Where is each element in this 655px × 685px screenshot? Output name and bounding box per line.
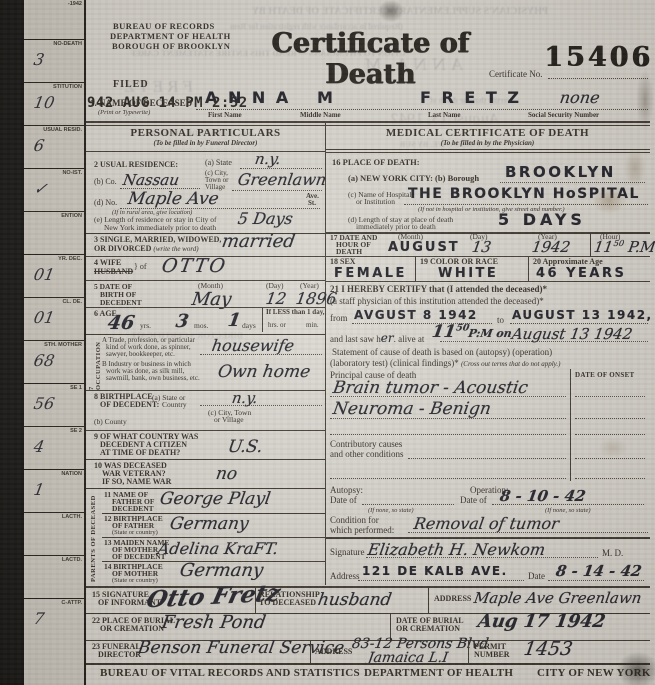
permit-number-label: NUMBER bbox=[474, 651, 510, 660]
rule bbox=[325, 281, 650, 282]
margin-box-label: USUAL RESID. bbox=[43, 127, 82, 133]
borough-line bbox=[500, 182, 645, 183]
occupation-vertical-label: 7 OCCUPATION bbox=[88, 338, 102, 390]
margin-box: STH. MOTHER68 bbox=[24, 341, 84, 384]
physician-address-value: 121 DE KALB AVE. bbox=[362, 564, 508, 578]
veteran-label: IF SO, NAME WAR bbox=[102, 478, 171, 487]
county-label: (b) Co. bbox=[94, 178, 117, 187]
citizen-value: U.S. bbox=[226, 437, 264, 457]
personal-particulars-subheader: (To be filled in by Funeral Director) bbox=[86, 140, 325, 148]
if-none-note: (If none, so state) bbox=[368, 507, 414, 514]
footer-city: CITY OF NEW YORK bbox=[537, 668, 651, 680]
contrib-line bbox=[408, 458, 566, 459]
margin-box-value: 01 bbox=[32, 308, 56, 327]
rule bbox=[325, 149, 650, 150]
margin-box-label: NO-IST. bbox=[62, 170, 82, 176]
margin-box: USUAL RESID.6 bbox=[24, 126, 84, 169]
place-of-death-label: 16 PLACE OF DEATH: bbox=[332, 158, 420, 167]
certificate-no-line bbox=[548, 78, 648, 79]
margin-box: SE 156 bbox=[24, 384, 84, 427]
cause-line bbox=[330, 418, 566, 419]
rule bbox=[86, 663, 650, 665]
hospital-line bbox=[404, 204, 648, 205]
margin-box-value: 01 bbox=[32, 265, 56, 284]
trade-value: housewife bbox=[210, 336, 295, 355]
filed-label: FILED bbox=[113, 80, 149, 91]
relationship-label: TO DECEASED bbox=[259, 599, 316, 608]
margin-box-label: C-ATTP. bbox=[61, 600, 82, 606]
onset-line bbox=[575, 458, 645, 459]
margin-box: LACTD. bbox=[24, 556, 84, 599]
county-value: Nassau bbox=[122, 171, 181, 189]
state-line bbox=[240, 168, 322, 169]
margin-box-value: ✓ bbox=[32, 179, 49, 198]
margin-box: NATION1 bbox=[24, 470, 84, 513]
attended-from-value: AVGUST 8 1942 bbox=[354, 308, 478, 322]
length-stay-value: 5 DAYS bbox=[498, 210, 586, 229]
age-days-value: 1 bbox=[226, 310, 242, 331]
margin-box-label: -1942 bbox=[68, 1, 82, 7]
burial-date-label: OR CREMATION bbox=[396, 625, 460, 634]
margin-box-label: LACTH. bbox=[62, 514, 82, 520]
rule bbox=[428, 586, 429, 613]
margin-box: SE 24 bbox=[24, 427, 84, 470]
principal-cause-line2: Neuroma - Benign bbox=[331, 399, 492, 419]
onset-line bbox=[575, 478, 645, 479]
margin-box-value: 4 bbox=[32, 437, 46, 456]
last-saw-hour: 1150P:M on bbox=[430, 322, 513, 342]
statement-line1: Statement of cause of death is based on … bbox=[332, 348, 552, 358]
margin-box-label: SE 1 bbox=[70, 385, 82, 391]
birthplace-line bbox=[200, 405, 322, 406]
margin-box-value: 68 bbox=[32, 351, 56, 370]
margin-box: YR. DEC.01 bbox=[24, 255, 84, 298]
father-name-label: DECEDENT bbox=[112, 505, 154, 513]
name-of-deceased-label: 1. NAME OF DECEASED bbox=[90, 99, 192, 109]
industry-value: Own home bbox=[216, 362, 311, 382]
husband-label-struck: HUSBAND bbox=[94, 268, 133, 277]
street-no-label: (d) No. bbox=[94, 199, 117, 208]
color-race-value: WHITE bbox=[438, 266, 498, 281]
margin-box-value: 1 bbox=[32, 480, 46, 499]
condition-value: Removal of tumor bbox=[412, 514, 560, 533]
column-divider bbox=[325, 121, 326, 585]
statistical-coding-margin: -1942 NO-DEATH3 STITUTION10 USUAL RESID.… bbox=[24, 0, 86, 685]
mother-birthplace-note: (State or country) bbox=[112, 577, 158, 584]
margin-box: ENTION bbox=[24, 212, 84, 255]
mother-birthplace-value: Germany bbox=[178, 560, 265, 581]
if-less-label: If LESS than 1 day, bbox=[266, 309, 325, 317]
last-saw-line bbox=[440, 341, 648, 342]
dob-label: DECEDENT bbox=[100, 299, 142, 307]
if-none-note: (If none, so state) bbox=[545, 507, 591, 514]
hrs-label: hrs. or bbox=[268, 322, 286, 330]
state-label: (a) State bbox=[205, 159, 232, 168]
physician-signature-value: Elizabeth H. Newkom bbox=[366, 540, 546, 559]
certify-line2: (a staff physician of this institution a… bbox=[330, 297, 544, 307]
trade-line bbox=[200, 354, 322, 355]
usual-residence-label: 2 USUAL RESIDENCE: bbox=[94, 161, 178, 170]
trade-label: sawyer, bookkeeper, etc. bbox=[106, 351, 175, 359]
print-or-typewrite-note: (Print or Typewrite) bbox=[98, 109, 150, 116]
length-stay-label: immediately prior to death bbox=[356, 223, 436, 231]
state-value: n.y. bbox=[254, 150, 283, 168]
bureau-line-1: BUREAU OF RECORDS bbox=[113, 22, 215, 31]
st-label: St. bbox=[308, 200, 316, 208]
onset-line bbox=[575, 418, 645, 419]
city-town-village-label: or Village bbox=[214, 416, 244, 424]
from-label: from bbox=[330, 314, 348, 324]
physician-date-value: 8 - 14 - 42 bbox=[555, 562, 643, 580]
margin-box: CL. DE.01 bbox=[24, 298, 84, 341]
street-value: Maple Ave bbox=[126, 189, 220, 209]
cause-line bbox=[330, 396, 566, 397]
hospital-value: THE BROOKLYN HoSPITAL bbox=[408, 186, 640, 202]
length-residence-value: 5 Days bbox=[236, 209, 294, 228]
last-saw-text: and last saw her. alive at bbox=[330, 332, 424, 345]
death-year-value: 1942 bbox=[531, 238, 572, 256]
margin-box-label: LACTD. bbox=[62, 557, 82, 563]
stain bbox=[598, 438, 628, 458]
margin-box-value: 10 bbox=[32, 93, 56, 112]
spouse-name-value: OTTO bbox=[160, 255, 228, 277]
nyc-borough-label: (a) NEW YORK CITY: (b) Borough bbox=[348, 174, 479, 183]
city-value: Greenlawn bbox=[236, 170, 327, 189]
age-years-value: 46 bbox=[106, 312, 136, 334]
margin-box-label: STITUTION bbox=[53, 84, 82, 90]
rule bbox=[86, 151, 325, 152]
attended-to-value: AUGUST 13 1942, bbox=[512, 308, 653, 322]
margin-box-value: 56 bbox=[32, 394, 56, 413]
address-label: Address bbox=[330, 572, 360, 582]
state-or-country-label: Country bbox=[162, 401, 187, 409]
parents-vertical-label: PARENTS OF DECEASED bbox=[90, 492, 97, 582]
name-line bbox=[196, 109, 648, 110]
margin-box-label: ENTION bbox=[61, 213, 82, 219]
md-label: M. D. bbox=[602, 549, 623, 559]
medical-certificate-subheader: (To be filled in by the Physician) bbox=[325, 140, 650, 148]
footer-bureau: BUREAU OF VITAL RECORDS AND STATISTICS bbox=[100, 668, 360, 680]
margin-box-value: 7 bbox=[32, 609, 46, 628]
margin-box-label: NATION bbox=[61, 471, 82, 477]
first-name-label: First Name bbox=[208, 112, 242, 120]
ssn-label: Social Security Number bbox=[528, 112, 599, 120]
margin-box: C-ATTP.7 bbox=[24, 599, 84, 642]
certificate-no-label: Certificate No. bbox=[489, 70, 542, 80]
first-name-value: A N N A bbox=[205, 88, 291, 107]
statement-line2: (laboratory test) (clinical findings)* bbox=[330, 358, 459, 368]
of-label: } of bbox=[134, 263, 147, 272]
age-months-value: 3 bbox=[174, 311, 190, 332]
rule bbox=[468, 640, 469, 663]
birthplace-value: n.y. bbox=[231, 389, 260, 407]
sex-value: FEMALE bbox=[334, 266, 407, 281]
funeral-address-label: ADDRESS bbox=[315, 648, 352, 657]
death-hour-value: 1150 P.M. bbox=[593, 238, 655, 256]
funeral-director-label: DIRECTOR bbox=[98, 651, 141, 660]
county-label: (b) County bbox=[94, 418, 127, 426]
last-name-label: Last Name bbox=[428, 112, 460, 120]
city-line bbox=[232, 190, 322, 191]
write-the-word-note: (write the word) bbox=[153, 245, 198, 253]
principal-cause-line1: Brain tumor - Acoustic bbox=[331, 378, 529, 398]
date-of-onset-label: DATE OF ONSET bbox=[575, 372, 635, 380]
margin-box: NO-IST.✓ bbox=[24, 169, 84, 212]
rule bbox=[570, 369, 571, 481]
address-line bbox=[358, 580, 524, 581]
margin-box-label: CL. DE. bbox=[62, 299, 82, 305]
hospital-label: or Institution bbox=[356, 198, 395, 206]
rule bbox=[528, 256, 529, 281]
ssn-value: none bbox=[558, 88, 601, 107]
margin-box: -1942 bbox=[24, 0, 84, 40]
death-day-value: 13 bbox=[471, 238, 493, 256]
certify-line1: 21 I HEREBY CERTIFY that (I attended the… bbox=[330, 285, 547, 295]
certificate-title: Certificate of Death bbox=[240, 28, 500, 90]
signature-label: Signature bbox=[330, 548, 365, 558]
informant-address-value: Maple Ave Greenlawn bbox=[473, 589, 643, 607]
days-label: days bbox=[242, 322, 256, 330]
last-saw-er: er bbox=[381, 331, 394, 345]
operation-date-value: 8 - 10 - 42 bbox=[499, 487, 587, 505]
rule bbox=[255, 586, 256, 613]
death-month-value: AUGUST bbox=[388, 240, 460, 255]
autopsy-date-line bbox=[362, 504, 454, 505]
bureau-line-2: DEPARTMENT OF HEALTH bbox=[110, 32, 231, 41]
relationship-value: husband bbox=[316, 590, 393, 610]
date-line bbox=[548, 580, 644, 581]
death-certificate-page: PHYSICIAN'S SUPPLEMENTARY CERTIFICATE OF… bbox=[0, 0, 655, 685]
industry-label: sawmill, bank, own business, etc. bbox=[106, 375, 200, 383]
bureau-line-3: BOROUGH OF BROOKLYN bbox=[112, 42, 230, 51]
approx-age-value: 46 YEARS bbox=[536, 266, 626, 281]
condition-label: which performed: bbox=[330, 526, 394, 536]
birthplace-label: OF DECEDENT: bbox=[100, 401, 159, 410]
dob-day-value: 12 bbox=[264, 289, 287, 308]
middle-name-value: M bbox=[317, 88, 335, 107]
contributory-label: and other conditions bbox=[330, 450, 404, 460]
margin-box-label: SE 2 bbox=[70, 428, 82, 434]
informant-address-label: ADDRESS bbox=[434, 595, 471, 604]
cause-line bbox=[330, 434, 566, 435]
burial-date-value: Aug 17 1942 bbox=[476, 611, 607, 632]
bleed-through-text: PHYSICIAN'S SUPPLEMENTARY CERTIFICATE OF… bbox=[160, 6, 640, 17]
operation-dateof-label: Date of bbox=[460, 496, 487, 506]
margin-box-value: 6 bbox=[32, 136, 46, 155]
rule bbox=[325, 152, 650, 153]
cross-out-note: (Cross out terms that do not apply.) bbox=[461, 360, 561, 368]
mother-name-value: Adelina KraFT. bbox=[156, 539, 279, 558]
middle-name-label: Middle Name bbox=[300, 112, 341, 120]
father-name-value: George Playl bbox=[158, 489, 272, 509]
footer-department: DEPARTMENT OF HEALTH bbox=[364, 668, 513, 680]
to-line bbox=[510, 323, 648, 324]
last-name-value: F R E T Z bbox=[420, 88, 521, 107]
borough-value: BROOKLYN bbox=[505, 163, 616, 181]
burial-place-value: Fresh Pond bbox=[160, 612, 267, 633]
father-birthplace-value: Germany bbox=[168, 514, 250, 534]
rule bbox=[310, 640, 311, 663]
burial-place-label: OR CREMATION bbox=[100, 625, 164, 634]
margin-box: STITUTION10 bbox=[24, 83, 84, 126]
rule bbox=[262, 307, 263, 332]
rule bbox=[590, 232, 591, 256]
margin-box-label: NO-DEATH bbox=[53, 41, 82, 47]
rule bbox=[86, 121, 650, 123]
certificate-number: 15406 bbox=[544, 42, 653, 73]
onset-line bbox=[575, 434, 645, 435]
margin-box-value: 3 bbox=[32, 50, 46, 69]
citizen-label: AT TIME OF DEATH? bbox=[100, 449, 180, 458]
yrs-label: yrs. bbox=[140, 322, 151, 330]
date-label: Date bbox=[528, 572, 545, 582]
date-hour-death-label: DEATH bbox=[336, 248, 362, 256]
autopsy-dateof-label: Date of bbox=[330, 496, 357, 506]
length-residence-label: New York immediately prior to death bbox=[104, 224, 216, 232]
veteran-value: no bbox=[214, 464, 238, 484]
father-birthplace-note: (State or country) bbox=[112, 529, 158, 536]
rule bbox=[415, 256, 416, 281]
onset-line bbox=[575, 396, 645, 397]
min-label: min. bbox=[306, 322, 319, 330]
margin-box-label: YR. DEC. bbox=[58, 256, 82, 262]
contrib-line bbox=[330, 478, 566, 479]
margin-box: NO-DEATH3 bbox=[24, 40, 84, 83]
margin-box-label: STH. MOTHER bbox=[44, 342, 82, 348]
marital-status-value: married bbox=[220, 231, 296, 252]
binding-edge bbox=[0, 0, 24, 685]
mos-label: mos. bbox=[194, 322, 208, 330]
marital-status-label2: OR DIVORCED bbox=[94, 244, 151, 253]
margin-box: LACTH. bbox=[24, 513, 84, 556]
permit-number-value: 1453 bbox=[522, 638, 574, 660]
